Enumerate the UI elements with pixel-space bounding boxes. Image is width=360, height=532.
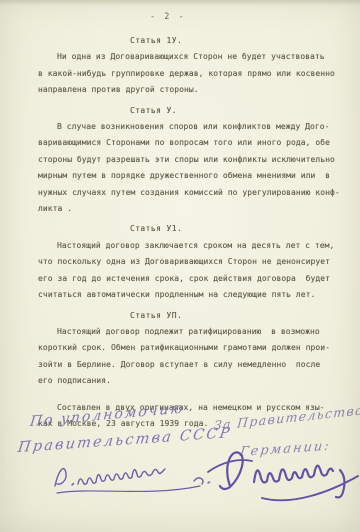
article-5-line: стороны будут разрешать эти споры или ко… [38,152,344,168]
article-6-line: считаться автоматически продленным на сл… [38,287,344,303]
article-6-line: его за год до истечения срока, срок дейс… [38,271,344,287]
article-4-line: в какой-нибудь группировке держав, котор… [38,66,344,82]
article-7-heading: Статья УП. [130,308,344,324]
treaty-page: - 2 - Статья 1У. Ни одна из Договаривающ… [0,0,360,532]
article-5-line: варивающимися Сторонами по вопросам того… [38,135,344,151]
article-7-line: его подписания. [38,373,344,389]
article-5-line: нужных случаях путем создания комиссий п… [38,185,344,201]
article-4-line: Ни одна из Договаривающихся Сторон не бу… [38,49,344,65]
article-5-line: ликта . [38,201,344,217]
article-6-heading: Статья У1. [130,221,344,237]
article-5-heading: Статья У. [130,103,344,119]
article-7-line: Настоящий договор подлежит ратифицирован… [38,324,344,340]
article-5-line: В случае возникновения споров или конфли… [38,119,344,135]
article-4-line: направлена против другой стороны. [38,82,344,98]
article-7-line: короткий срок. Обмен ратификационными гр… [38,340,344,356]
article-6-line: Настоящий договор заключается сроком на … [38,238,344,254]
page-number: - 2 - [150,12,186,22]
article-4-heading: Статья 1У. [130,33,344,49]
article-5-line: мирным путем в порядке дружественного об… [38,168,344,184]
article-7-line: зойти в Берлине. Договор вступает в силу… [38,357,344,373]
typewritten-text-block: Статья 1У. Ни одна из Договаривающихся С… [38,33,344,432]
article-6-line: что поскольку одна из Договаривающихся С… [38,254,344,270]
ribbentrop-signature-icon [192,440,360,516]
